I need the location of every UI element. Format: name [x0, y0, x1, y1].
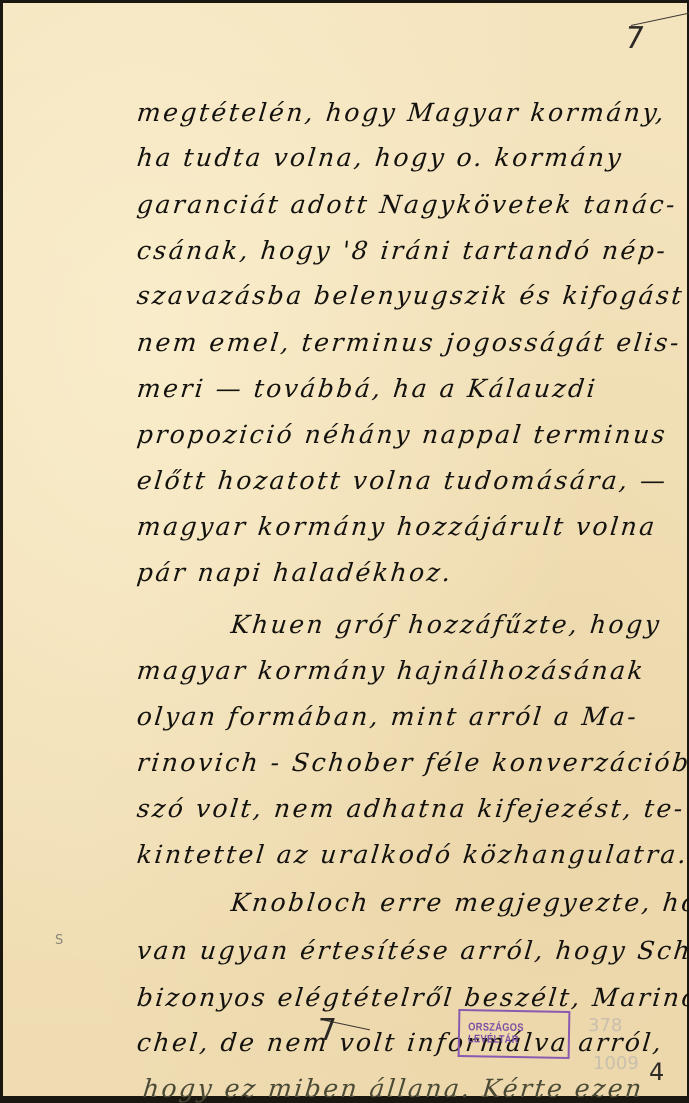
archive-stamp: ORSZÁGOS LEVÉLTÁR [458, 1009, 571, 1059]
text-line: szó volt, nem adhatna kifejezést, te- [135, 794, 686, 823]
text-line: propozició néhány nappal terminus [135, 420, 668, 449]
text-line: meri — továbbá, ha a Kálauzdi [135, 374, 598, 403]
pencil-number-lower: 1009 [593, 1053, 639, 1074]
text-line: Knobloch erre megjegyezte, hogy [229, 888, 689, 917]
text-line: szavazásba belenyugszik és kifogást [135, 281, 685, 310]
text-line: bizonyos elégtételről beszélt, Marinovic… [135, 983, 689, 1012]
text-line: hogy ez miben állana. Kérte ezen [141, 1074, 645, 1100]
text-line: előtt hozatott volna tudomására, — [135, 466, 669, 495]
text-line: nem emel, terminus jogosságát elis- [135, 328, 682, 357]
text-line: rinovich - Schober féle konverzációban [135, 748, 689, 777]
text-line: pár napi haladékhoz. [135, 558, 454, 587]
text-line: megtételén, hogy Magyar kormány, [135, 98, 667, 127]
margin-mark: S [55, 933, 63, 948]
text-line: ha tudta volna, hogy o. kormány [135, 143, 624, 172]
pencil-number-upper: 378 [588, 1015, 622, 1036]
text-line: magyar kormány hozzájárult volna [135, 512, 658, 541]
text-line: chel, de nem volt informálva arról, [135, 1028, 665, 1057]
text-line: kintettel az uralkodó közhangulatra. [135, 840, 689, 869]
page-number: 4 [649, 1058, 664, 1086]
text-line: van ugyan értesítése arról, hogy Schober [135, 936, 689, 965]
text-line: magyar kormány hajnálhozásának [135, 656, 646, 685]
stamp-text: ORSZÁGOS LEVÉLTÁR [468, 1021, 560, 1047]
folio-number-top: 7 [623, 21, 647, 56]
folio-number-bottom: 7 [318, 1013, 337, 1048]
text-line: csának, hogy '8 iráni tartandó nép- [135, 236, 668, 265]
text-line: Khuen gróf hozzáfűzte, hogy [229, 610, 662, 639]
document-page: 7 megtételén, hogy Magyar kormány, ha tu… [3, 3, 687, 1096]
text-line: olyan formában, mint arról a Ma- [135, 702, 639, 731]
text-line: garanciát adott Nagykövetek tanác- [135, 190, 678, 219]
